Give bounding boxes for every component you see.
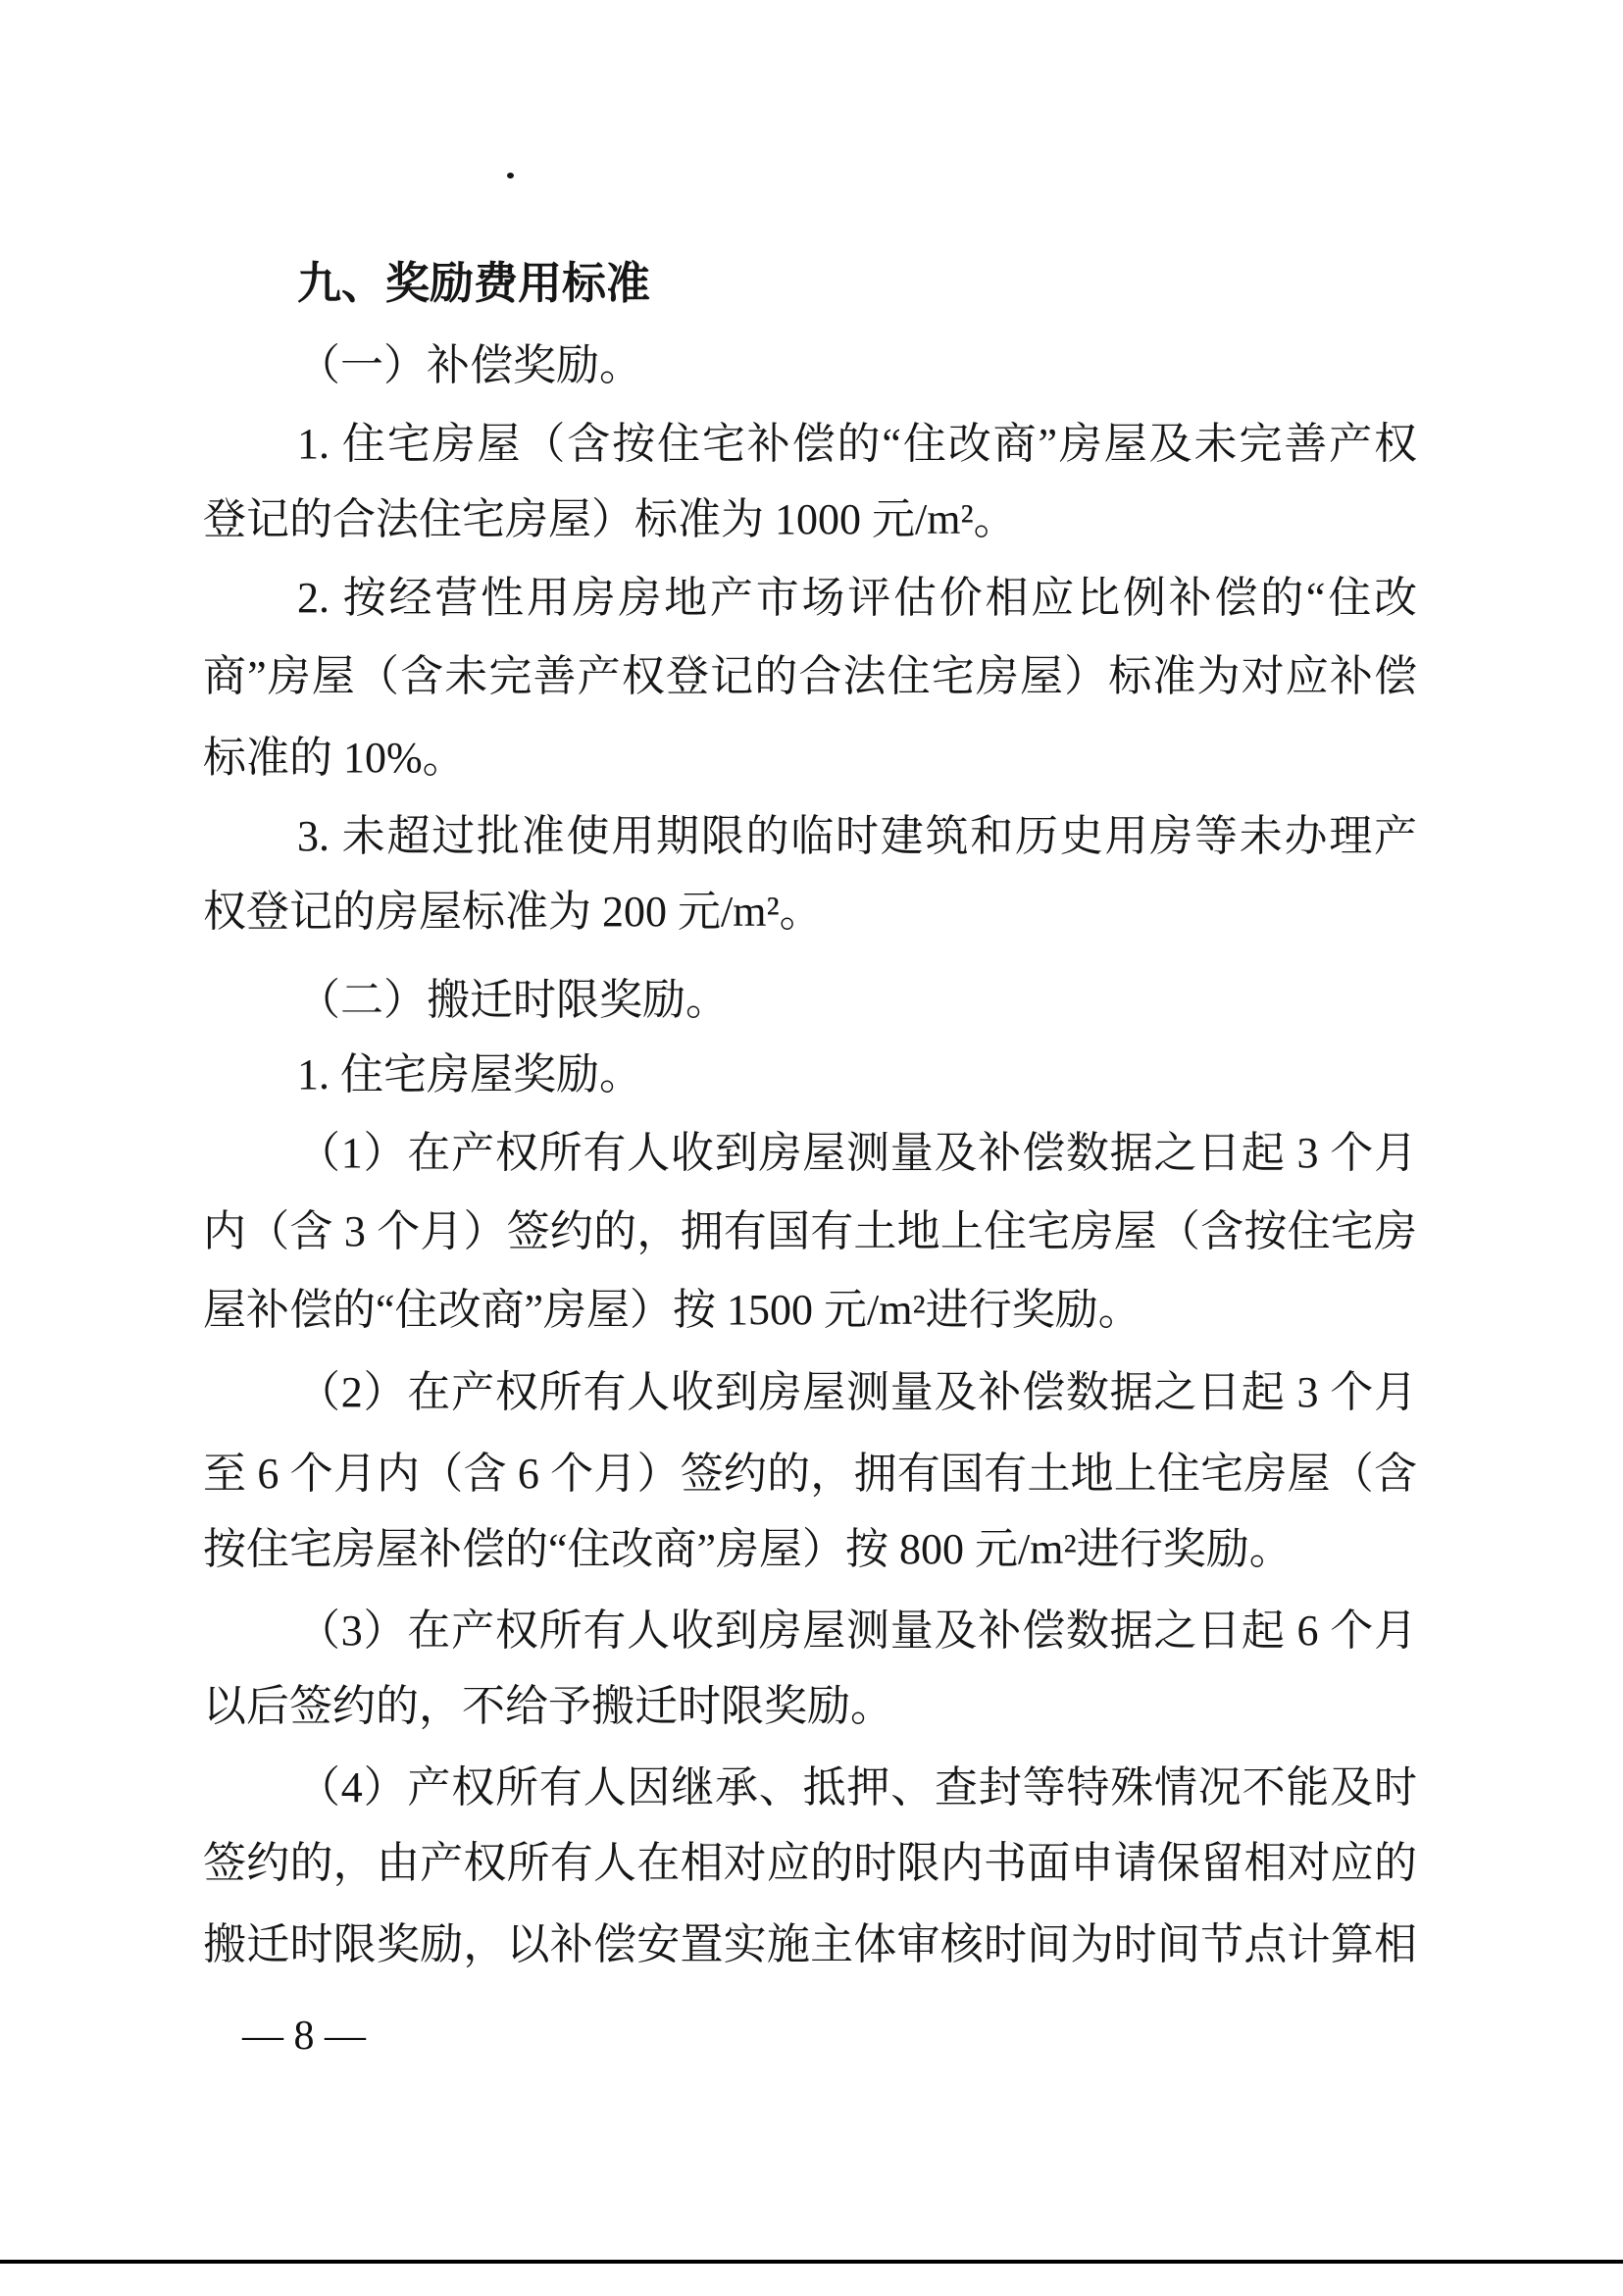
text-line: 签约的，由产权所有人在相对应的时限内书面申请保留相对应的 (203, 1839, 1417, 1888)
text-line: （4）产权所有人因继承、抵押、查封等特殊情况不能及时 (297, 1763, 1417, 1812)
text-line: 登记的合法住宅房屋）标准为 1000 元/m²。 (203, 495, 1417, 544)
stray-ink-dot (507, 173, 514, 179)
text-line: （1）在产权所有人收到房屋测量及补偿数据之日起 3 个月 (297, 1129, 1417, 1178)
text-line: （二）搬迁时限奖励。 (297, 976, 1417, 1025)
text-line: 标准的 10%。 (203, 734, 1417, 783)
text-line: 3. 未超过批准使用期限的临时建筑和历史用房等未办理产 (297, 812, 1417, 861)
section-heading: 九、奖励费用标准 (297, 259, 1417, 308)
text-line: （一）补偿奖励。 (297, 341, 1417, 390)
page-number: — 8 — (242, 2013, 366, 2060)
text-line: 2. 按经营性用房房地产市场评估价相应比例补偿的“住改 (297, 574, 1417, 623)
text-line: 以后签约的，不给予搬迁时限奖励。 (203, 1682, 1417, 1731)
text-line: 搬迁时限奖励，以补偿安置实施主体审核时间为时间节点计算相 (203, 1920, 1417, 1969)
text-line: 按住宅房屋补偿的“住改商”房屋）按 800 元/m²进行奖励。 (203, 1525, 1417, 1574)
text-line: 至 6 个月内（含 6 个月）签约的，拥有国有土地上住宅房屋（含 (203, 1450, 1417, 1499)
document-page: 九、奖励费用标准 （一）补偿奖励。 1. 住宅房屋（含按住宅补偿的“住改商”房屋… (0, 0, 1623, 2296)
text-line: 屋补偿的“住改商”房屋）按 1500 元/m²进行奖励。 (203, 1286, 1417, 1335)
text-line: 权登记的房屋标准为 200 元/m²。 (203, 888, 1417, 937)
text-line: （3）在产权所有人收到房屋测量及补偿数据之日起 6 个月 (297, 1607, 1417, 1656)
bottom-scan-edge-line (0, 2260, 1623, 2264)
text-line: 1. 住宅房屋（含按住宅补偿的“住改商”房屋及未完善产权 (297, 420, 1417, 469)
text-line: 内（含 3 个月）签约的，拥有国有土地上住宅房屋（含按住宅房 (203, 1207, 1417, 1256)
text-line: 1. 住宅房屋奖励。 (297, 1050, 1417, 1099)
text-line: 商”房屋（含未完善产权登记的合法住宅房屋）标准为对应补偿 (203, 652, 1417, 701)
text-line: （2）在产权所有人收到房屋测量及补偿数据之日起 3 个月 (297, 1368, 1417, 1417)
